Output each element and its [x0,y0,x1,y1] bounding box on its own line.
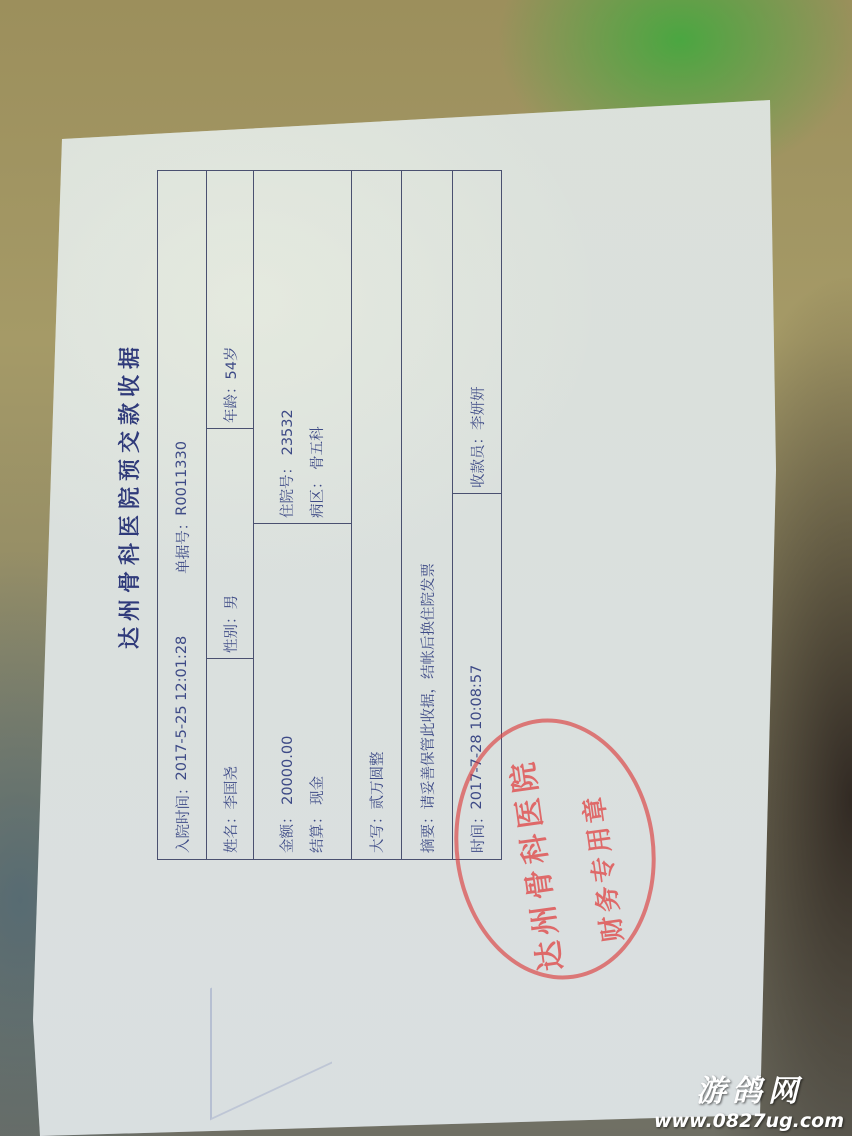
settlement-line: 结算： 现金 [303,776,333,853]
age-label: 年龄： [220,380,241,424]
gender-label: 性别： [220,610,241,654]
inpatient-no-line: 住院号： 23532 [273,409,303,518]
amount-value: 20000.00 [280,736,296,805]
note-label: 摘要： [417,810,438,854]
inpatient-no-value: 23532 [280,409,296,455]
row-patient: 姓名： 李国尧 性别： 男 年龄： 54岁 [206,171,253,859]
amount-line: 金额： 20000.00 [273,736,303,853]
row-admission: 入院时间： 2017-5-25 12:01:28 单据号： R0011330 [158,171,206,859]
cashier-label: 收款员： [467,430,488,488]
stamp-top-text: 达州骨科医院 [497,754,571,974]
receipt: 达州骨科医院预交款收据 入院时间： 2017-5-25 12:01:28 单据号… [100,170,502,860]
row-note: 摘要： 请妥善保管此收据，结帐后换住院发票 [401,171,452,859]
receipt-no-label: 单据号： [172,516,193,574]
receipt-no-value: R0011330 [174,441,190,516]
ward-value: 骨五科 [310,426,326,470]
site-watermark: 游鸽网 www.0827ug.com [654,1074,844,1132]
watermark-brand: 游鸽网 [654,1074,844,1110]
watermark-url: www.0827ug.com [654,1110,844,1132]
row-payment: 金额： 20000.00 结算： 现金 住院号： 23532 病区： 骨五科 [253,171,351,859]
note-value: 请妥善保管此收据，结帐后换住院发票 [417,563,438,810]
amount-words-value: 贰万圆整 [366,752,387,810]
admission-time-value: 2017-5-25 12:01:28 [174,636,190,781]
ward-label: 病区： [310,475,326,519]
admission-time-label: 入院时间： [172,781,193,854]
age-value: 54岁 [220,347,241,380]
name-value: 李国尧 [220,766,241,810]
amount-words-label: 大写： [366,810,387,854]
gender-value: 男 [220,595,241,610]
inpatient-no-label: 住院号： [280,460,296,518]
amount-label: 金额： [280,810,296,854]
settlement-value: 现金 [310,776,326,805]
stamp-bottom-text: 财务专用章 [573,791,631,945]
receipt-title: 达州骨科医院预交款收据 [100,170,157,860]
ward-line: 病区： 骨五科 [303,426,333,518]
receipt-table: 入院时间： 2017-5-25 12:01:28 单据号： R0011330 姓… [157,170,502,860]
cashier-value: 李妍妍 [467,387,488,431]
name-label: 姓名： [220,810,241,854]
row-amount-words: 大写： 贰万圆整 [351,171,401,859]
settlement-label: 结算： [310,810,326,854]
